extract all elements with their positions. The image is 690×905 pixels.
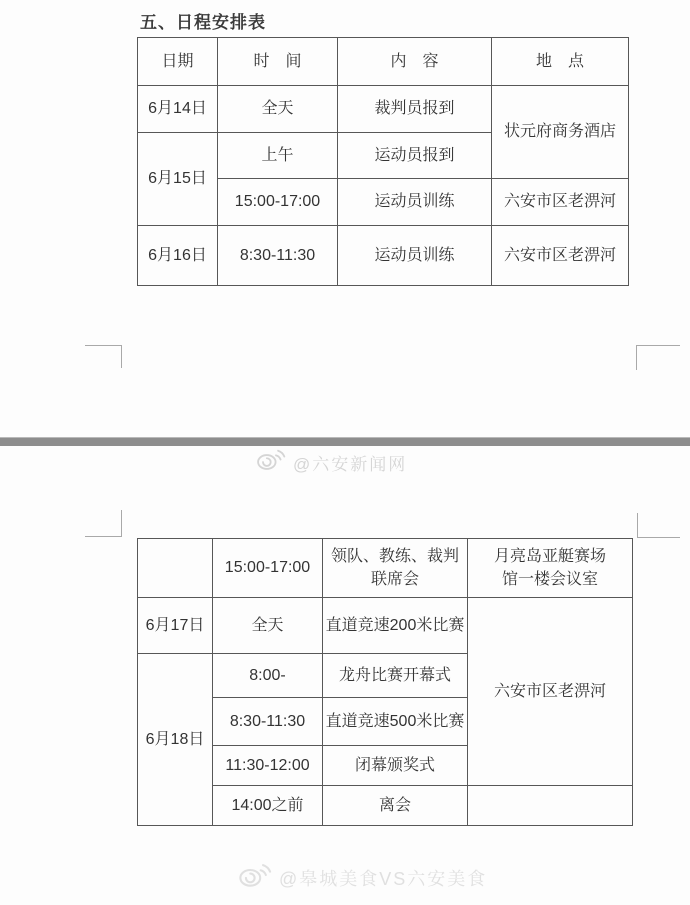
schedule-table-page1: 日期 时 间 内 容 地 点 6月14日 全天 裁判员报到 状元府商务酒店 6月… xyxy=(137,37,629,286)
page-corner-mark-top-left xyxy=(85,510,122,537)
page-corner-mark-top-right xyxy=(637,513,680,538)
cell-time: 全天 xyxy=(213,598,323,654)
table-header-row: 日期 时 间 内 容 地 点 xyxy=(138,38,629,86)
cell-content: 运动员训练 xyxy=(338,226,492,286)
cell-content: 运动员训练 xyxy=(338,179,492,226)
watermark-text: @六安新闻网 xyxy=(293,450,407,475)
cell-content: 龙舟比赛开幕式 xyxy=(323,654,468,698)
table-row: 6月14日 全天 裁判员报到 状元府商务酒店 xyxy=(138,86,629,133)
cell-content: 领队、教练、裁判 联席会 xyxy=(323,539,468,598)
cell-date-merged: 6月15日 xyxy=(138,133,218,226)
cell-date-merged: 6月18日 xyxy=(138,654,213,826)
page-corner-mark-bottom-left xyxy=(85,345,122,368)
cell-location-merged: 状元府商务酒店 xyxy=(492,86,629,179)
schedule-table-page2: 15:00-17:00 领队、教练、裁判 联席会 月亮岛亚艇赛场 馆一楼会议室 … xyxy=(137,538,633,826)
table-row: 6月17日 全天 直道竞速200米比赛 六安市区老淠河 xyxy=(138,598,633,654)
cell-location-merged: 六安市区老淠河 xyxy=(468,598,633,786)
col-header-time: 时 间 xyxy=(218,38,338,86)
weibo-watermark-top: @六安新闻网 xyxy=(256,447,407,477)
table-row: 14:00之前 离会 xyxy=(138,786,633,826)
section-title: 五、日程安排表 xyxy=(140,8,266,33)
cell-time: 上午 xyxy=(218,133,338,179)
cell-location-empty xyxy=(468,786,633,826)
document-page-2: @六安新闻网 15:00-17:00 领队、教练、裁判 联席会 月亮岛亚艇赛场 … xyxy=(0,446,690,905)
cell-content: 直道竞速500米比赛 xyxy=(323,698,468,746)
cell-time: 15:00-17:00 xyxy=(218,179,338,226)
cell-date: 6月16日 xyxy=(138,226,218,286)
cell-time: 8:30-11:30 xyxy=(218,226,338,286)
table-row: 15:00-17:00 领队、教练、裁判 联席会 月亮岛亚艇赛场 馆一楼会议室 xyxy=(138,539,633,598)
table-row: 6月16日 8:30-11:30 运动员训练 六安市区老淠河 xyxy=(138,226,629,286)
cell-location: 月亮岛亚艇赛场 馆一楼会议室 xyxy=(468,539,633,598)
weibo-logo-icon xyxy=(238,861,272,894)
cell-time: 15:00-17:00 xyxy=(213,539,323,598)
watermark-text: @皋城美食VS六安美食 xyxy=(279,865,487,891)
cell-time: 全天 xyxy=(218,86,338,133)
cell-content: 离会 xyxy=(323,786,468,826)
page-break-bar xyxy=(0,437,690,446)
cell-time: 8:00- xyxy=(213,654,323,698)
document-screenshot: 五、日程安排表 日期 时 间 内 容 地 点 6月14日 全天 裁判员报到 状元… xyxy=(0,0,690,905)
cell-content: 运动员报到 xyxy=(338,133,492,179)
cell-content: 直道竞速200米比赛 xyxy=(323,598,468,654)
cell-date-empty xyxy=(138,539,213,598)
cell-date: 6月17日 xyxy=(138,598,213,654)
col-header-location: 地 点 xyxy=(492,38,629,86)
cell-content: 裁判员报到 xyxy=(338,86,492,133)
cell-time: 11:30-12:00 xyxy=(213,746,323,786)
weibo-logo-icon xyxy=(256,447,286,477)
cell-content: 闭幕颁奖式 xyxy=(323,746,468,786)
cell-time: 8:30-11:30 xyxy=(213,698,323,746)
cell-location: 六安市区老淠河 xyxy=(492,226,629,286)
page-corner-mark-bottom-right xyxy=(636,345,680,370)
col-header-date: 日期 xyxy=(138,38,218,86)
document-page-1: 五、日程安排表 日期 时 间 内 容 地 点 6月14日 全天 裁判员报到 状元… xyxy=(0,0,690,437)
cell-time: 14:00之前 xyxy=(213,786,323,826)
cell-location: 六安市区老淠河 xyxy=(492,179,629,226)
cell-date: 6月14日 xyxy=(138,86,218,133)
weibo-watermark-bottom: @皋城美食VS六安美食 xyxy=(238,861,487,894)
col-header-content: 内 容 xyxy=(338,38,492,86)
